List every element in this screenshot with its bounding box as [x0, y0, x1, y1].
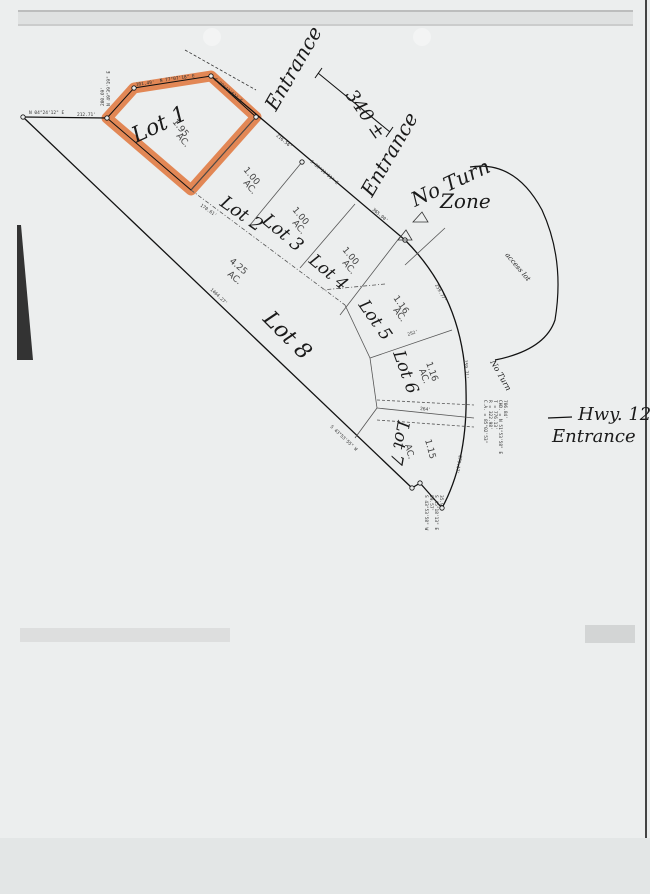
entrance-label-1: Entrance	[259, 22, 327, 115]
hwy-127-label: Hwy. 127	[577, 404, 650, 425]
hwy-entrance-label: Entrance	[551, 426, 636, 447]
svg-text:264': 264'	[420, 406, 431, 413]
svg-text:170.61': 170.61'	[199, 203, 218, 219]
lot-2-label[interactable]: Lot 2	[215, 191, 267, 236]
no-turn-small-label: No Turn	[488, 358, 513, 393]
scan-edge-mark	[17, 225, 33, 360]
plat-drawing: Entrance 340 ± Entrance No Turn Zone Hwy…	[0, 0, 650, 894]
southwest-boundary	[23, 117, 412, 488]
svg-text:279.17': 279.17'	[454, 455, 463, 475]
svg-text:216.56': 216.56'	[275, 133, 293, 150]
svg-text:200.69': 200.69'	[100, 87, 106, 106]
lot-8-label[interactable]: Lot 8	[257, 306, 316, 365]
svg-text:259.71': 259.71'	[462, 360, 470, 379]
svg-text:252': 252'	[407, 329, 419, 338]
svg-text:S 39°11'51" E: S 39°11'51" E	[213, 77, 244, 104]
svg-text:1.15: 1.15	[422, 438, 437, 460]
svg-text:706.84': 706.84'	[502, 400, 508, 419]
punch-hole-right	[413, 28, 431, 46]
west-line-bearing: N 04°24'12" E	[29, 110, 65, 116]
svg-text:S 43°53'55" W: S 43°53'55" W	[329, 424, 359, 453]
svg-text:212.71': 212.71'	[77, 112, 96, 118]
svg-text:365.90': 365.90'	[371, 207, 389, 224]
zone-label: Zone	[439, 189, 491, 213]
punch-hole-left	[203, 28, 221, 46]
survey-plat-page: Entrance 340 ± Entrance No Turn Zone Hwy…	[0, 0, 650, 894]
svg-text:S 39°11'51" E: S 39°11'51" E	[309, 159, 340, 186]
benchmark-triangle-icon	[413, 212, 428, 222]
svg-text:N 49°39'19" E: N 49°39'19" E	[106, 70, 112, 106]
distance-label: 340 ±	[341, 86, 390, 143]
scan-top-band	[18, 10, 633, 26]
access-lot-label: access lot	[503, 251, 532, 283]
